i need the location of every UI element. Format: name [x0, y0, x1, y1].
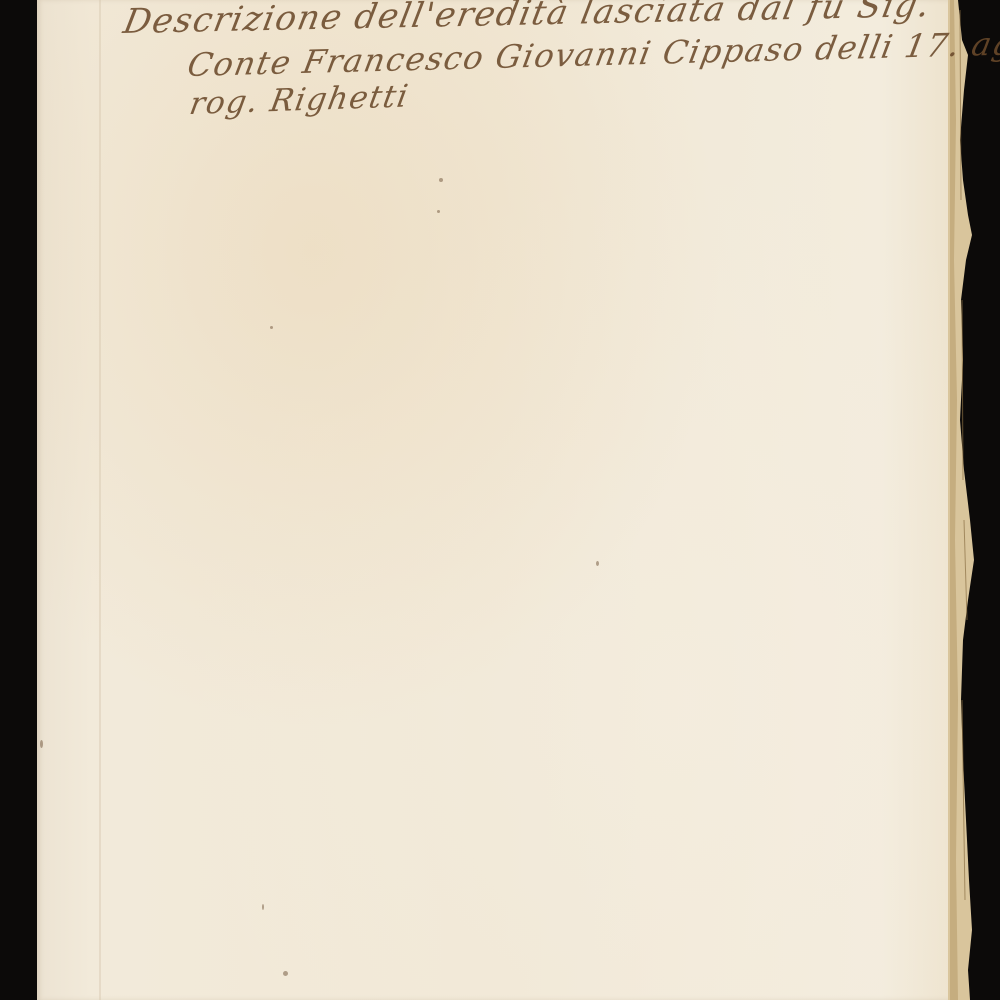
foxing-spot	[283, 971, 288, 976]
foxing-spot	[596, 561, 599, 566]
handwritten-title: Descrizione dell'eredità lasciata dal fu…	[0, 0, 1000, 160]
foxing-spot	[262, 904, 264, 910]
handwriting-line-3: rog. Righetti	[187, 78, 412, 122]
scan-background: Descrizione dell'eredità lasciata dal fu…	[0, 0, 1000, 1000]
foxing-spot	[439, 178, 443, 182]
foxing-spot	[437, 210, 440, 213]
foxing-spot	[40, 740, 43, 748]
foxing-spot	[270, 326, 273, 329]
